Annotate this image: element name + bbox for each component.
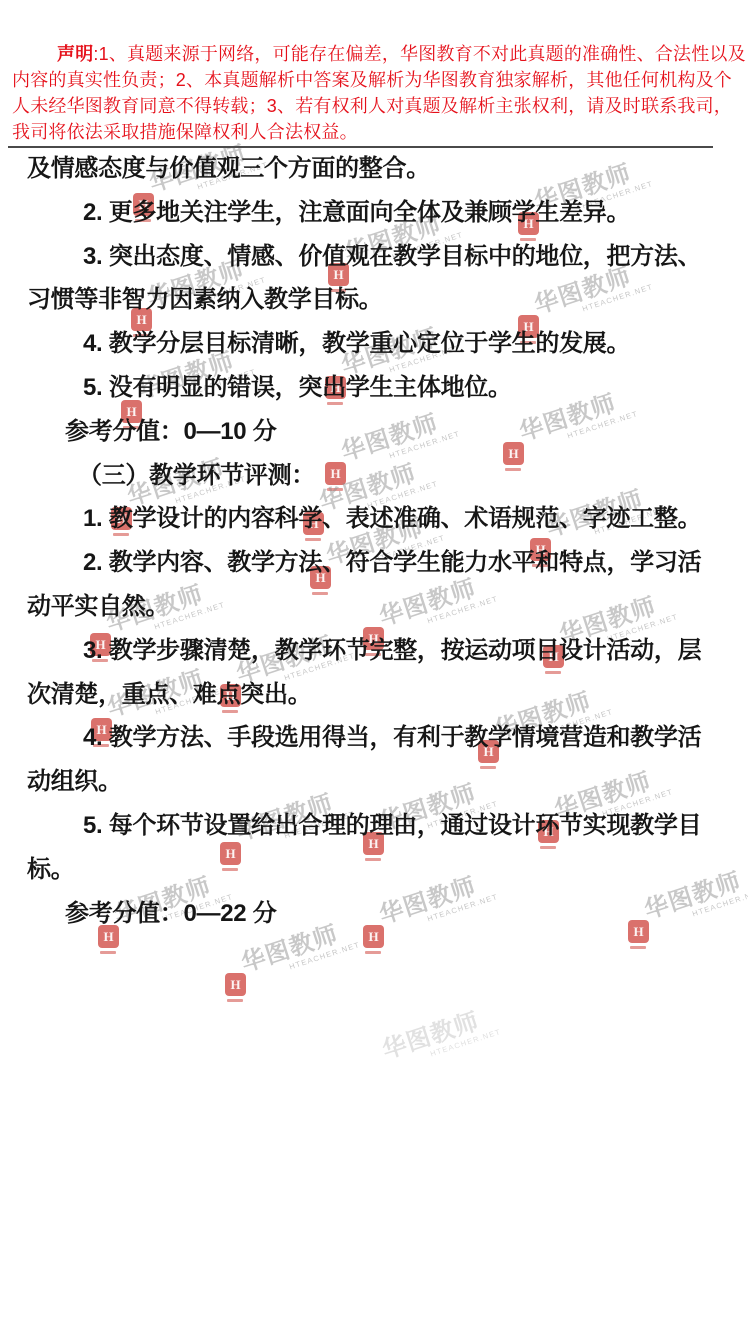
disclaimer-line: 声明:1、真题来源于网络，可能存在偏差，华图教育不对此真题的准确性、合法性以及: [12, 41, 727, 67]
huatu-watermark: H华图教师HTEACHER.NET: [366, 1016, 536, 1096]
disclaimer-line: 人未经华图教育同意不得转载；3、若有权利人对真题及解析主张权利，请及时联系我司，: [12, 93, 727, 119]
text-line: 参考分值：0—10 分: [27, 410, 748, 454]
text-line: 4. 教学分层目标清晰，教学重心定位于学生的发展。: [27, 322, 748, 366]
huatu-watermark: H华图教师HTEACHER.NET: [225, 929, 395, 1009]
text-line: 4. 教学方法、手段选用得当，有利于教学情境营造和教学活: [27, 716, 748, 760]
text-line: 2. 更多地关注学生，注意面向全体及兼顾学生差异。: [27, 191, 748, 235]
text-line: 习惯等非智力因素纳入教学目标。: [27, 278, 748, 322]
text-line: 5. 没有明显的错误，突出学生主体地位。: [27, 366, 748, 410]
text-line: 5. 每个环节设置给出合理的理由，通过设计环节实现教学目: [27, 804, 748, 848]
text-line: 及情感态度与价值观三个方面的整合。: [27, 147, 748, 191]
text-line: 次清楚，重点、难点突出。: [27, 673, 748, 717]
disclaimer-line: 内容的真实性负责；2、本真题解析中答案及解析为华图教育独家解析，其他任何机构及个: [12, 67, 727, 93]
disclaimer-line: 我司将依法采取措施保障权利人合法权益。: [12, 119, 727, 145]
watermark-domain-text: HTEACHER.NET: [288, 940, 361, 971]
huatu-logo-tagline: [365, 951, 381, 954]
text-line: 标。: [27, 848, 748, 892]
watermark-domain-text: HTEACHER.NET: [429, 1027, 502, 1058]
text-line: 动组织。: [27, 760, 748, 804]
huatu-logo-tagline: [100, 951, 116, 954]
text-line: 3. 突出态度、情感、价值观在教学目标中的地位，把方法、: [27, 235, 748, 279]
disclaimer-label: 声明: [57, 44, 93, 64]
huatu-logo-icon: H: [225, 973, 246, 996]
text-line: 1. 教学设计的内容科学、表述准确、术语规范、字迹工整。: [27, 497, 748, 541]
huatu-logo-tagline: [630, 946, 646, 949]
watermark-brand-text: 华图教师: [379, 1003, 499, 1064]
disclaimer-block: 声明:1、真题来源于网络，可能存在偏差，华图教育不对此真题的准确性、合法性以及内…: [12, 41, 727, 145]
text-line: 参考分值：0—22 分: [27, 892, 748, 936]
text-line: （三）教学环节评测：: [27, 454, 748, 498]
document-page: H华图教师HTEACHER.NETH华图教师HTEACHER.NETH华图教师H…: [0, 0, 748, 1335]
text-line: 3. 教学步骤清楚，教学环节完整，按运动项目设计活动，层: [27, 629, 748, 673]
document-body: 及情感态度与价值观三个方面的整合。2. 更多地关注学生，注意面向全体及兼顾学生差…: [27, 147, 748, 935]
huatu-logo-tagline: [227, 999, 243, 1002]
text-line: 2. 教学内容、教学方法、符合学生能力水平和特点，学习活: [27, 541, 748, 585]
text-line: 动平实自然。: [27, 585, 748, 629]
